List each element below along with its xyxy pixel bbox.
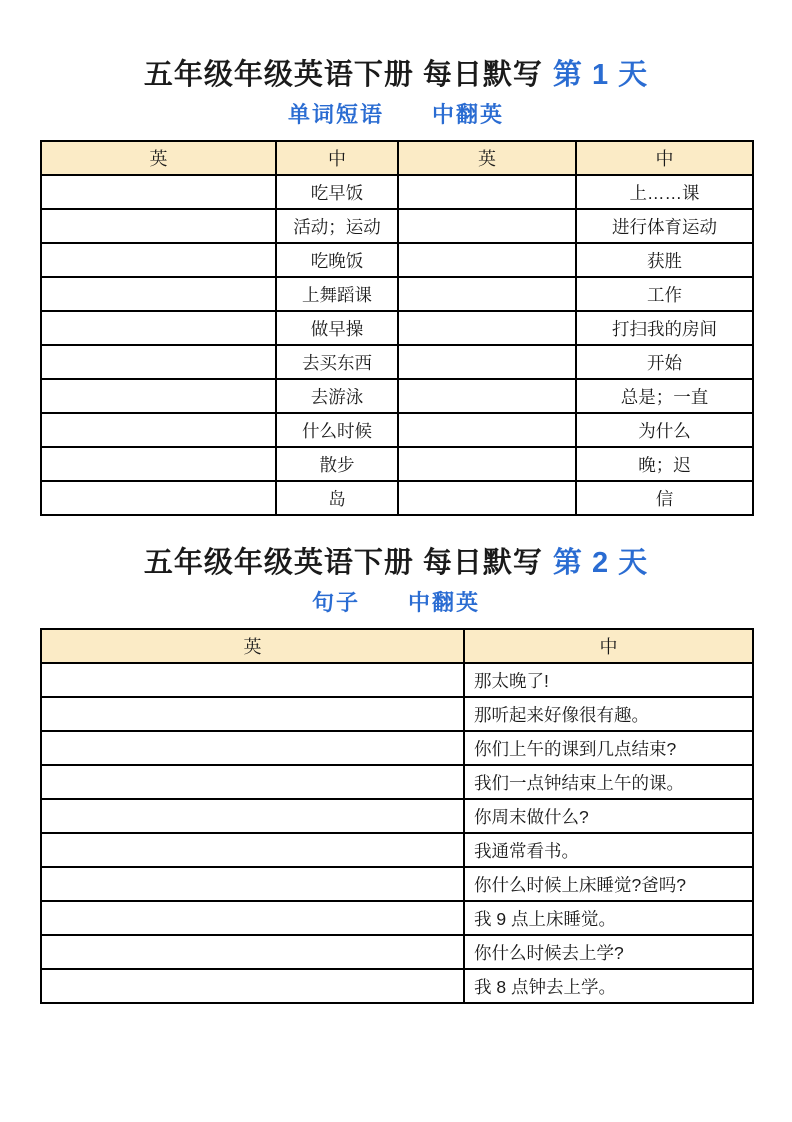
day2-title: 五年级年级英语下册 每日默写第 2 天 [0, 544, 792, 582]
answer-blank-cell [398, 175, 576, 209]
column-header: 中 [464, 629, 753, 663]
answer-blank-cell [41, 311, 276, 345]
answer-blank-cell [41, 663, 464, 697]
column-header: 英 [398, 141, 576, 175]
answer-blank-cell [41, 935, 464, 969]
chinese-prompt-cell: 你周末做什么? [464, 799, 753, 833]
answer-blank-cell [398, 209, 576, 243]
table-row: 做早操打扫我的房间 [41, 311, 753, 345]
chinese-prompt-cell: 去买东西 [276, 345, 398, 379]
chinese-prompt-cell: 散步 [276, 447, 398, 481]
table-row: 什么时候为什么 [41, 413, 753, 447]
table-row: 你周末做什么? [41, 799, 753, 833]
chinese-prompt-cell: 那听起来好像很有趣。 [464, 697, 753, 731]
column-header: 中 [276, 141, 398, 175]
answer-blank-cell [398, 481, 576, 515]
table-row: 吃晚饭获胜 [41, 243, 753, 277]
chinese-prompt-cell: 我通常看书。 [464, 833, 753, 867]
table-row: 去游泳总是；一直 [41, 379, 753, 413]
answer-blank-cell [398, 447, 576, 481]
chinese-prompt-cell: 那太晚了! [464, 663, 753, 697]
answer-blank-cell [41, 243, 276, 277]
table-row: 我 8 点钟去上学。 [41, 969, 753, 1003]
header-row: 英中 [41, 629, 753, 663]
chinese-prompt-cell: 工作 [576, 277, 753, 311]
day2-sentence-table: 英中 那太晚了!那听起来好像很有趣。你们上午的课到几点结束?我们一点钟结束上午的… [40, 628, 754, 1004]
answer-blank-cell [41, 765, 464, 799]
day1-subtitle: 单词短语 中翻英 [0, 100, 792, 130]
table-row: 那听起来好像很有趣。 [41, 697, 753, 731]
answer-blank-cell [41, 345, 276, 379]
chinese-prompt-cell: 上舞蹈课 [276, 277, 398, 311]
answer-blank-cell [41, 447, 276, 481]
chinese-prompt-cell: 上……课 [576, 175, 753, 209]
chinese-prompt-cell: 吃早饭 [276, 175, 398, 209]
chinese-prompt-cell: 我们一点钟结束上午的课。 [464, 765, 753, 799]
chinese-prompt-cell: 去游泳 [276, 379, 398, 413]
chinese-prompt-cell: 为什么 [576, 413, 753, 447]
table-row: 岛信 [41, 481, 753, 515]
table-row: 吃早饭上……课 [41, 175, 753, 209]
day2-badge: 第 2 天 [553, 547, 648, 579]
answer-blank-cell [398, 345, 576, 379]
table-row: 我通常看书。 [41, 833, 753, 867]
table-row: 去买东西开始 [41, 345, 753, 379]
header-row: 英中英中 [41, 141, 753, 175]
chinese-prompt-cell: 岛 [276, 481, 398, 515]
table-row: 你什么时候上床睡觉?爸吗? [41, 867, 753, 901]
chinese-prompt-cell: 信 [576, 481, 753, 515]
answer-blank-cell [398, 243, 576, 277]
answer-blank-cell [41, 901, 464, 935]
column-header: 英 [41, 141, 276, 175]
chinese-prompt-cell: 你什么时候上床睡觉?爸吗? [464, 867, 753, 901]
chinese-prompt-cell: 吃晚饭 [276, 243, 398, 277]
answer-blank-cell [398, 379, 576, 413]
chinese-prompt-cell: 你们上午的课到几点结束? [464, 731, 753, 765]
table-row: 你们上午的课到几点结束? [41, 731, 753, 765]
day2-subtitle: 句子 中翻英 [0, 588, 792, 618]
day2-section: 五年级年级英语下册 每日默写第 2 天 句子 中翻英 英中 那太晚了!那听起来好… [0, 516, 792, 1004]
answer-blank-cell [41, 175, 276, 209]
answer-blank-cell [41, 731, 464, 765]
column-header: 中 [576, 141, 753, 175]
answer-blank-cell [398, 311, 576, 345]
table-row: 散步晚；迟 [41, 447, 753, 481]
answer-blank-cell [41, 209, 276, 243]
table-row: 我 9 点上床睡觉。 [41, 901, 753, 935]
day1-vocab-table: 英中英中 吃早饭上……课活动；运动进行体育运动吃晚饭获胜上舞蹈课工作做早操打扫我… [40, 140, 754, 516]
table-row: 你什么时候去上学? [41, 935, 753, 969]
chinese-prompt-cell: 我 9 点上床睡觉。 [464, 901, 753, 935]
day1-badge: 第 1 天 [553, 59, 648, 91]
chinese-prompt-cell: 进行体育运动 [576, 209, 753, 243]
answer-blank-cell [41, 969, 464, 1003]
answer-blank-cell [41, 481, 276, 515]
chinese-prompt-cell: 做早操 [276, 311, 398, 345]
answer-blank-cell [41, 799, 464, 833]
answer-blank-cell [41, 697, 464, 731]
chinese-prompt-cell: 什么时候 [276, 413, 398, 447]
day1-section: 五年级年级英语下册 每日默写第 1 天 单词短语 中翻英 英中英中 吃早饭上……… [0, 0, 792, 516]
table-row: 活动；运动进行体育运动 [41, 209, 753, 243]
column-header: 英 [41, 629, 464, 663]
chinese-prompt-cell: 总是；一直 [576, 379, 753, 413]
answer-blank-cell [41, 867, 464, 901]
answer-blank-cell [41, 277, 276, 311]
day1-title: 五年级年级英语下册 每日默写第 1 天 [0, 56, 792, 94]
answer-blank-cell [41, 379, 276, 413]
worksheet-page: 五年级年级英语下册 每日默写第 1 天 单词短语 中翻英 英中英中 吃早饭上……… [0, 0, 792, 1122]
table-row: 那太晚了! [41, 663, 753, 697]
answer-blank-cell [41, 833, 464, 867]
table-row: 我们一点钟结束上午的课。 [41, 765, 753, 799]
table-row: 上舞蹈课工作 [41, 277, 753, 311]
chinese-prompt-cell: 活动；运动 [276, 209, 398, 243]
day1-title-text: 五年级年级英语下册 每日默写 [144, 59, 543, 91]
chinese-prompt-cell: 晚；迟 [576, 447, 753, 481]
chinese-prompt-cell: 打扫我的房间 [576, 311, 753, 345]
answer-blank-cell [398, 277, 576, 311]
chinese-prompt-cell: 获胜 [576, 243, 753, 277]
chinese-prompt-cell: 我 8 点钟去上学。 [464, 969, 753, 1003]
chinese-prompt-cell: 开始 [576, 345, 753, 379]
answer-blank-cell [41, 413, 276, 447]
answer-blank-cell [398, 413, 576, 447]
chinese-prompt-cell: 你什么时候去上学? [464, 935, 753, 969]
day2-title-text: 五年级年级英语下册 每日默写 [144, 547, 543, 579]
